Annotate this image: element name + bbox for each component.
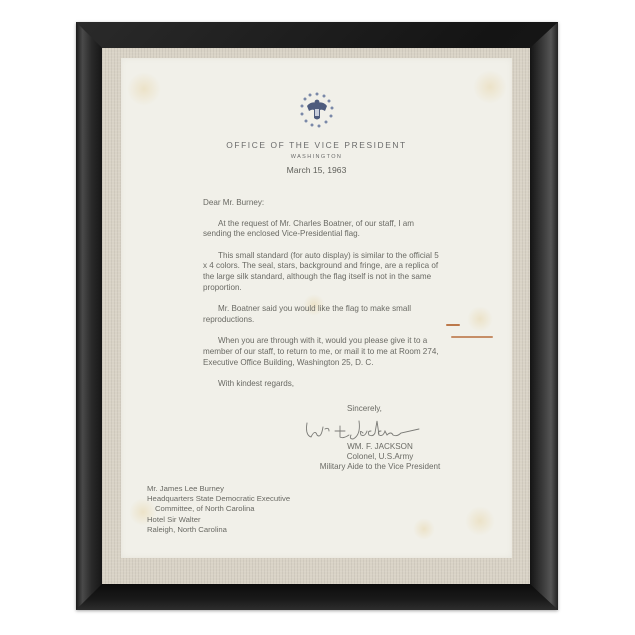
age-stain — [127, 72, 161, 106]
handwritten-signature — [301, 417, 421, 443]
letter-date: March 15, 1963 — [121, 165, 512, 175]
paragraph: Mr. Boatner said you would like the flag… — [203, 304, 443, 325]
address-line: Raleigh, North Carolina — [147, 525, 407, 535]
letterhead-city: WASHINGTON — [121, 154, 512, 160]
salutation: Dear Mr. Burney: — [203, 198, 443, 209]
address-line: Headquarters State Democratic Executive — [147, 494, 407, 504]
letter-body: Dear Mr. Burney: At the request of Mr. C… — [203, 198, 443, 401]
letter-document: OFFICE OF THE VICE PRESIDENT WASHINGTON … — [121, 58, 512, 558]
signer-name: WM. F. JACKSON — [285, 442, 475, 452]
paragraph: When you are through with it, would you … — [203, 336, 443, 368]
rust-mark — [451, 336, 493, 338]
age-stain — [473, 70, 507, 104]
frame-bottom-edge — [76, 584, 558, 610]
frame-right-edge — [530, 22, 558, 610]
letterhead-office: OFFICE OF THE VICE PRESIDENT — [121, 140, 512, 150]
recipient-address: Mr. James Lee Burney Headquarters State … — [147, 484, 407, 535]
paragraph: This small standard (for auto display) i… — [203, 251, 443, 293]
paragraph: With kindest regards, — [203, 379, 443, 390]
signer-title: Military Aide to the Vice President — [285, 462, 475, 472]
vice-presidential-seal-icon — [298, 91, 336, 129]
closing-phrase: Sincerely, — [347, 404, 382, 413]
paragraph: At the request of Mr. Charles Boatner, o… — [203, 219, 443, 240]
signer-rank: Colonel, U.S.Army — [285, 452, 475, 462]
age-stain — [467, 306, 493, 332]
frame-left-edge — [76, 22, 102, 610]
age-stain — [465, 506, 495, 536]
address-line: Hotel Sir Walter — [147, 515, 407, 525]
signer-block: WM. F. JACKSON Colonel, U.S.Army Militar… — [285, 442, 475, 472]
rust-mark — [446, 324, 460, 326]
address-line: Committee, of North Carolina — [147, 504, 407, 514]
address-line: Mr. James Lee Burney — [147, 484, 407, 494]
age-stain — [413, 518, 435, 540]
